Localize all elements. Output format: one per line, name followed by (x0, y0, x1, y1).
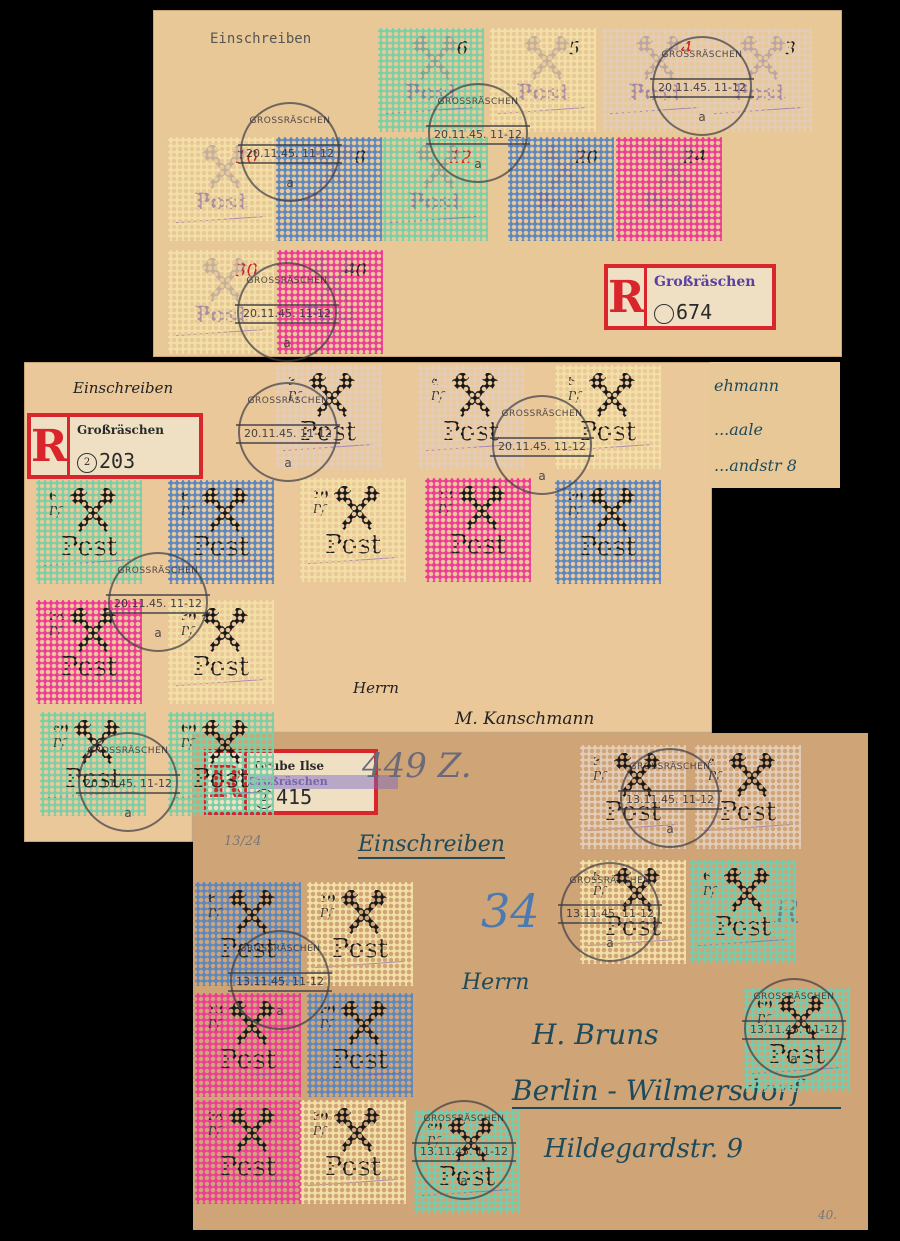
crossed-hammers-icon (334, 1108, 380, 1154)
address-line-1: Herrn (353, 679, 399, 697)
stamp-40pf: 40PfPost (414, 1110, 520, 1214)
stamp-30pf: 30PfPost (168, 600, 274, 704)
crossed-hammers-icon (74, 720, 120, 766)
registration-number: 674 (654, 300, 712, 324)
stamp-24pf: 24PfPost (36, 600, 142, 704)
crossed-hammers-icon (416, 145, 462, 191)
currency-symbol: Pf (593, 884, 606, 898)
stamp-6pf: 6PfPost (690, 860, 796, 964)
stamp-value: 3 (288, 375, 296, 388)
stamp-value: 5 (569, 38, 580, 59)
stamp-overprint: Post (277, 302, 383, 328)
stamp-overprint: Post (602, 80, 708, 106)
note-fraction: 13/24 (224, 834, 261, 849)
stamp-overprint: Post (168, 189, 274, 215)
crossed-hammers-icon (202, 488, 248, 534)
crossed-hammers-icon (229, 1001, 275, 1047)
stamp-value: 40 (427, 1120, 442, 1133)
stamp-5pf: 5Post (490, 28, 596, 132)
signature-mark (390, 214, 480, 223)
crossed-hammers-icon (202, 608, 248, 654)
stamp-value: 6 (49, 490, 57, 503)
registration-number: 2203 (77, 449, 135, 473)
stamp-12pf: 12PfPost (195, 993, 301, 1097)
stamp-8pf: 8PfPost (168, 480, 274, 584)
currency-symbol: Pf (568, 389, 581, 403)
stamp-10pf: 10PfPost (300, 478, 406, 582)
crossed-hammers-icon (334, 486, 380, 532)
stamp-value: 4 (681, 38, 692, 59)
stamp-40pf: 40Post (277, 250, 383, 354)
stamp-4pf: 4Post (602, 28, 708, 132)
currency-symbol: Pf (313, 502, 326, 516)
stamp-overprint: Post (490, 80, 596, 106)
stamp-40pf: 40PfPost (40, 712, 146, 816)
stamp-3pf: 3PfPost (275, 365, 381, 469)
stamp-overprint: Post (706, 80, 812, 106)
crossed-hammers-icon (70, 488, 116, 534)
address-line-2: M. Kanschmann (455, 709, 594, 729)
stamp-20pf: 20PfPost (555, 480, 661, 584)
stamp-value: 3 (785, 38, 796, 59)
currency-symbol: Pf (703, 884, 716, 898)
stamp-10pf: 10Post (168, 137, 274, 241)
crossed-hammers-icon (589, 373, 635, 419)
crossed-hammers-icon (311, 258, 357, 304)
crossed-hammers-icon (724, 868, 770, 914)
currency-symbol: Pf (313, 1124, 326, 1138)
crossed-hammers-icon (202, 720, 248, 766)
stamp-12pf: 12PfPost (425, 478, 531, 582)
stamp-8pf: 8PfPost (195, 882, 301, 986)
crossed-hammers-icon (229, 1108, 275, 1154)
stamp-value: 10 (313, 488, 328, 501)
currency-symbol: Pf (181, 624, 194, 638)
currency-symbol: Pf (49, 624, 62, 638)
crossed-hammers-icon (729, 753, 775, 799)
note-34: 34 (481, 884, 540, 938)
registration-letter: R (31, 417, 70, 475)
registration-label: R Großräschen 674 (604, 264, 776, 330)
currency-symbol: Pf (288, 389, 301, 403)
crossed-hammers-icon (412, 36, 458, 82)
stamp-30pf: 30Post (168, 250, 274, 354)
stamp-6pf: 6Post (378, 28, 484, 132)
crossed-hammers-icon (448, 1118, 494, 1164)
crossed-hammers-icon (309, 373, 355, 419)
crossed-hammers-icon (70, 608, 116, 654)
stamp-8pf: 8Post (276, 137, 382, 241)
crossed-hammers-icon (202, 258, 248, 304)
stamp-60pf: 60PfPost (168, 712, 274, 816)
crossed-hammers-icon (229, 890, 275, 936)
signature-mark (498, 105, 588, 114)
currency-symbol: Pf (320, 906, 333, 920)
currency-symbol: Pf (708, 769, 721, 783)
address-line-1: Herrn (462, 970, 529, 995)
crossed-hammers-icon (636, 36, 682, 82)
stamp-3pf: 3Post (706, 28, 812, 132)
crossed-hammers-icon (740, 36, 786, 82)
stamp-value: 40 (53, 722, 68, 735)
signature-mark (284, 214, 374, 223)
crossed-hammers-icon (614, 868, 660, 914)
stamp-overprint: Post (616, 189, 722, 215)
signature-mark (386, 105, 476, 114)
crossed-hammers-icon (459, 486, 505, 532)
crossed-hammers-icon (650, 145, 696, 191)
stamp-value: 8 (208, 892, 216, 905)
currency-symbol: Pf (181, 736, 194, 750)
stamp-3pf: 3PfPost (580, 745, 686, 849)
stamp-4pf: 4PfPost (695, 745, 801, 849)
heading-einschreiben: Einschreiben (210, 31, 311, 47)
signature-mark (610, 105, 700, 114)
heading-einschreiben: Einschreiben (358, 832, 505, 859)
crossed-hammers-icon (202, 145, 248, 191)
stamp-value: 5 (593, 870, 601, 883)
currency-symbol: Pf (568, 504, 581, 518)
stamp-60pf: 60PfPost (744, 988, 850, 1092)
signature-mark (176, 327, 266, 336)
crossed-hammers-icon (778, 996, 824, 1042)
crossed-hammers-icon (341, 890, 387, 936)
stamp-overprint: Post (508, 189, 614, 215)
stamp-value: 3 (593, 755, 601, 768)
stamp-value: 24 (208, 1110, 223, 1123)
circle-icon (654, 304, 674, 324)
stamp-4pf: 4PfPost (418, 365, 524, 469)
stamp-overprint: Post (276, 189, 382, 215)
stamp-20pf: 20PfPost (307, 993, 413, 1097)
stamp-5pf: 5PfPost (555, 365, 661, 469)
stamp-value: 30 (313, 1110, 328, 1123)
currency-symbol: Pf (49, 504, 62, 518)
address-line-4: Hildegardstr. 9 (544, 1134, 743, 1164)
stamp-10pf: 10PfPost (307, 882, 413, 986)
stamp-overprint: Post (382, 189, 488, 215)
currency-symbol: Pf (427, 1134, 440, 1148)
address-fragment-2: ...aale (714, 420, 763, 439)
crossed-hammers-icon (310, 145, 356, 191)
currency-symbol: Pf (208, 906, 221, 920)
stamp-value: 60 (757, 998, 772, 1011)
signature-mark (714, 105, 804, 114)
stamp-5pf: 5PfPost (580, 860, 686, 964)
signature-mark (285, 327, 375, 336)
registration-letter: R (608, 268, 647, 326)
stamp-24pf: 24Post (616, 137, 722, 241)
stamp-overprint: Post (168, 302, 274, 328)
signature-mark (624, 214, 714, 223)
stamp-24pf: 24PfPost (195, 1100, 301, 1204)
stamp-value: 4 (431, 375, 439, 388)
address-fragment-3: ...andstr 8 (714, 456, 797, 475)
stamp-value: 30 (181, 610, 196, 623)
stamp-12pf: 12Post (382, 137, 488, 241)
stamp-value: 10 (320, 892, 335, 905)
stamp-6pf: 6PfPost (36, 480, 142, 584)
crossed-hammers-icon (452, 373, 498, 419)
crossed-hammers-icon (614, 753, 660, 799)
currency-symbol: Pf (593, 769, 606, 783)
note-449: 449 Z. (362, 746, 472, 786)
stamp-value: 24 (49, 610, 64, 623)
stamp-value: 6 (703, 870, 711, 883)
stamp-value: 8 (355, 147, 366, 168)
crossed-hammers-icon (341, 1001, 387, 1047)
stamp-value: 20 (568, 490, 583, 503)
stamp-value: 8 (181, 490, 189, 503)
heading-einschreiben: Einschreiben (73, 379, 173, 397)
crossed-hammers-icon (524, 36, 570, 82)
stamp-30pf: 30PfPost (300, 1100, 406, 1204)
currency-symbol: Pf (181, 504, 194, 518)
currency-symbol: Pf (320, 1017, 333, 1031)
cover-1-edge: ehmann ...aale ...andstr 8 (710, 362, 840, 488)
note-40: 40. (818, 1208, 837, 1222)
registration-place: Großräschen (77, 423, 164, 437)
stamp-overprint: Post (378, 80, 484, 106)
currency-symbol: Pf (208, 1124, 221, 1138)
currency-symbol: Pf (53, 736, 66, 750)
currency-symbol: Pf (431, 389, 444, 403)
currency-symbol: Pf (438, 502, 451, 516)
address-fragment-1: ehmann (714, 376, 779, 395)
crossed-hammers-icon (589, 488, 635, 534)
signature-mark (516, 214, 606, 223)
currency-symbol: Pf (208, 1017, 221, 1031)
crossed-hammers-icon (542, 145, 588, 191)
stamp-value: 6 (457, 38, 468, 59)
registration-label: R Großräschen 2203 (27, 413, 203, 479)
stamp-value: 4 (708, 755, 716, 768)
stamp-value: 20 (320, 1003, 335, 1016)
stamp-value: 12 (438, 488, 453, 501)
registration-place: Großräschen (654, 274, 755, 290)
address-line-2: H. Bruns (532, 1018, 659, 1051)
stamp-value: 5 (568, 375, 576, 388)
signature-mark (176, 214, 266, 223)
stamp-value: 60 (181, 722, 196, 735)
stamp-value: 12 (208, 1003, 223, 1016)
stamp-20pf: 20Post (508, 137, 614, 241)
currency-symbol: Pf (757, 1012, 770, 1026)
